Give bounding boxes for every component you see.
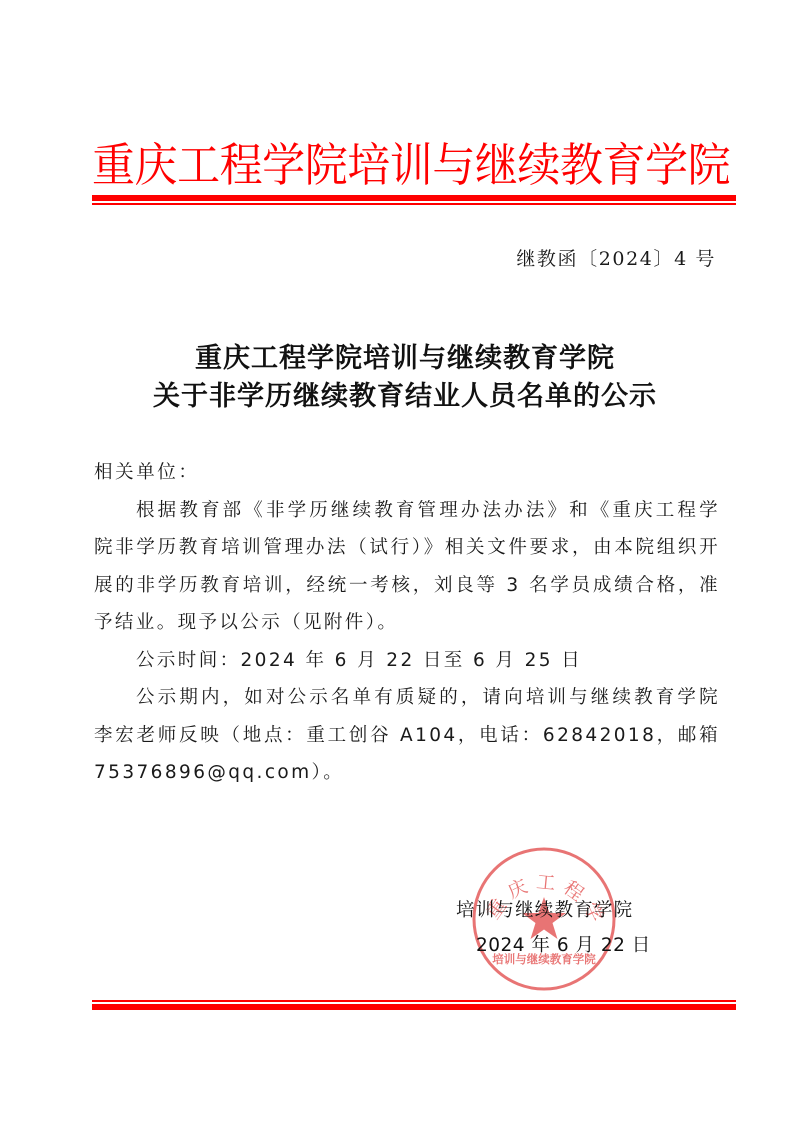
- footer-divider-thin: [92, 1000, 736, 1002]
- document-page: 重庆工程学院培训与继续教育学院 继教函〔2024〕4 号 重庆工程学院培训与继续…: [0, 0, 794, 1122]
- title-line-2: 关于非学历继续教育结业人员名单的公示: [0, 378, 794, 416]
- signature-block: 培训与继续教育学院 2024 年 6 月 22 日: [456, 893, 656, 963]
- salutation: 相关单位：: [94, 454, 720, 492]
- title-line-1: 重庆工程学院培训与继续教育学院: [0, 340, 794, 378]
- letterhead-org-name: 重庆工程学院培训与继续教育学院: [92, 136, 730, 194]
- letterhead-divider-thick: [92, 195, 736, 201]
- signature-date: 2024 年 6 月 22 日: [456, 928, 656, 963]
- document-number: 继教函〔2024〕4 号: [516, 245, 716, 273]
- footer-divider-thick: [92, 1004, 736, 1010]
- letterhead: 重庆工程学院培训与继续教育学院: [92, 134, 736, 194]
- document-title: 重庆工程学院培训与继续教育学院 关于非学历继续教育结业人员名单的公示: [0, 340, 794, 416]
- body-paragraph-announcement-period: 公示时间：2024 年 6 月 22 日至 6 月 25 日: [94, 642, 720, 680]
- letterhead-divider-thin: [92, 203, 736, 205]
- body-paragraph-1: 根据教育部《非学历继续教育管理办法办法》和《重庆工程学院非学历教育培训管理办法（…: [94, 492, 720, 642]
- signature-organization: 培训与继续教育学院: [456, 893, 656, 928]
- body-paragraph-contact: 公示期内，如对公示名单有质疑的，请向培训与继续教育学院李宏老师反映（地点：重工创…: [94, 679, 720, 792]
- document-body: 相关单位： 根据教育部《非学历继续教育管理办法办法》和《重庆工程学院非学历教育培…: [94, 454, 720, 792]
